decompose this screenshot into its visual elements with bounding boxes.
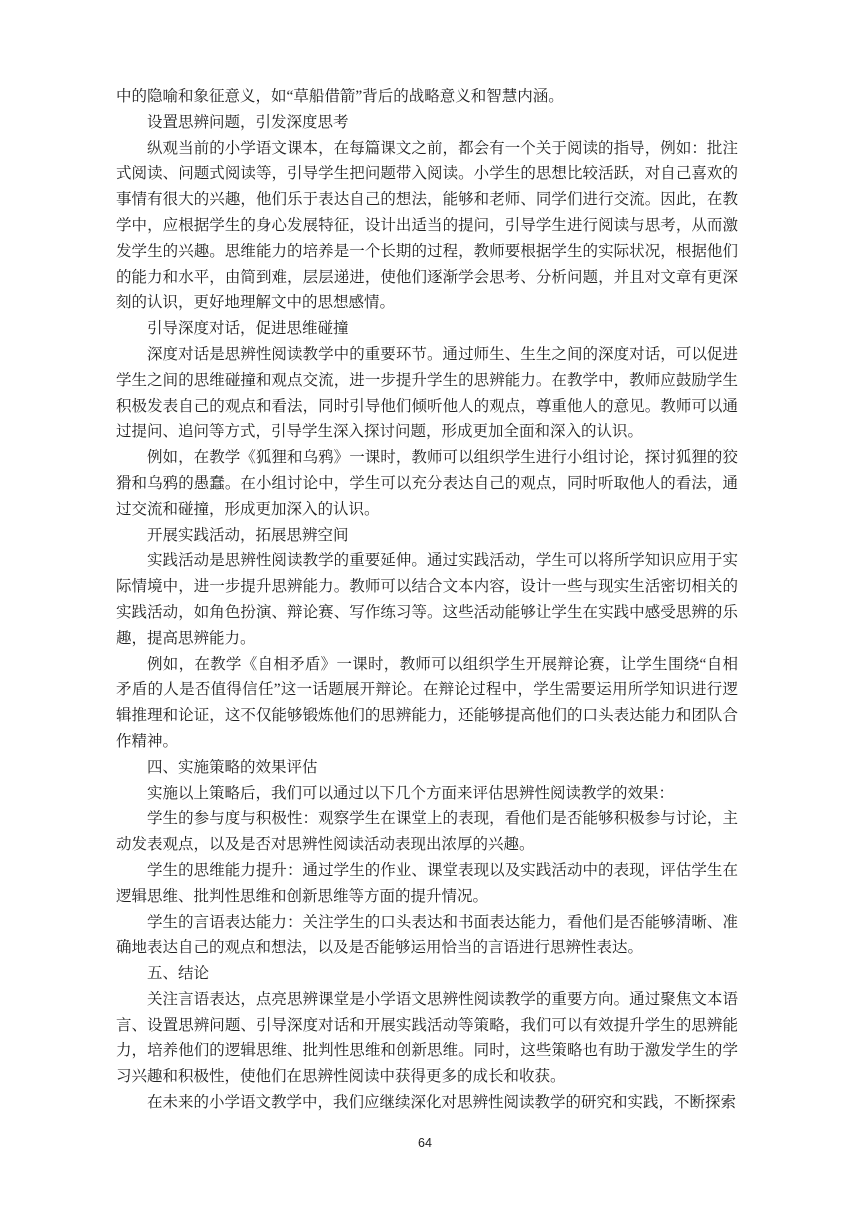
page-number: 64 <box>0 1136 850 1150</box>
paragraph: 在未来的小学语文教学中，我们应继续深化对思辨性阅读教学的研究和实践，不断探索 <box>116 1090 738 1116</box>
paragraph: 引导深度对话，促进思维碰撞 <box>116 316 738 342</box>
paragraph: 例如，在教学《狐狸和乌鸦》一课时，教师可以组织学生进行小组讨论，探讨狐狸的狡猾和… <box>116 445 738 522</box>
paragraph: 中的隐喻和象征意义，如“草船借箭”背后的战略意义和智慧内涵。 <box>116 84 738 110</box>
document-page: 中的隐喻和象征意义，如“草船借箭”背后的战略意义和智慧内涵。设置思辨问题，引发深… <box>0 0 850 1205</box>
paragraph: 开展实践活动，拓展思辨空间 <box>116 523 738 549</box>
paragraph: 设置思辨问题，引发深度思考 <box>116 110 738 136</box>
paragraph: 关注言语表达，点亮思辨课堂是小学语文思辨性阅读教学的重要方向。通过聚焦文本语言、… <box>116 987 738 1090</box>
document-body: 中的隐喻和象征意义，如“草船借箭”背后的战略意义和智慧内涵。设置思辨问题，引发深… <box>116 84 738 1116</box>
paragraph: 学生的思维能力提升：通过学生的作业、课堂表现以及实践活动中的表现，评估学生在逻辑… <box>116 858 738 910</box>
paragraph: 学生的参与度与积极性：观察学生在课堂上的表现，看他们是否能够积极参与讨论，主动发… <box>116 806 738 858</box>
paragraph: 纵观当前的小学语文课本，在每篇课文之前，都会有一个关于阅读的指导，例如：批注式阅… <box>116 136 738 317</box>
paragraph: 例如，在教学《自相矛盾》一课时，教师可以组织学生开展辩论赛，让学生围绕“自相矛盾… <box>116 652 738 755</box>
paragraph: 深度对话是思辨性阅读教学中的重要环节。通过师生、生生之间的深度对话，可以促进学生… <box>116 342 738 445</box>
paragraph: 实施以上策略后，我们可以通过以下几个方面来评估思辨性阅读教学的效果： <box>116 781 738 807</box>
paragraph: 五、结论 <box>116 961 738 987</box>
paragraph: 实践活动是思辨性阅读教学的重要延伸。通过实践活动，学生可以将所学知识应用于实际情… <box>116 548 738 651</box>
paragraph: 四、实施策略的效果评估 <box>116 755 738 781</box>
paragraph: 学生的言语表达能力：关注学生的口头表达和书面表达能力，看他们是否能够清晰、准确地… <box>116 910 738 962</box>
